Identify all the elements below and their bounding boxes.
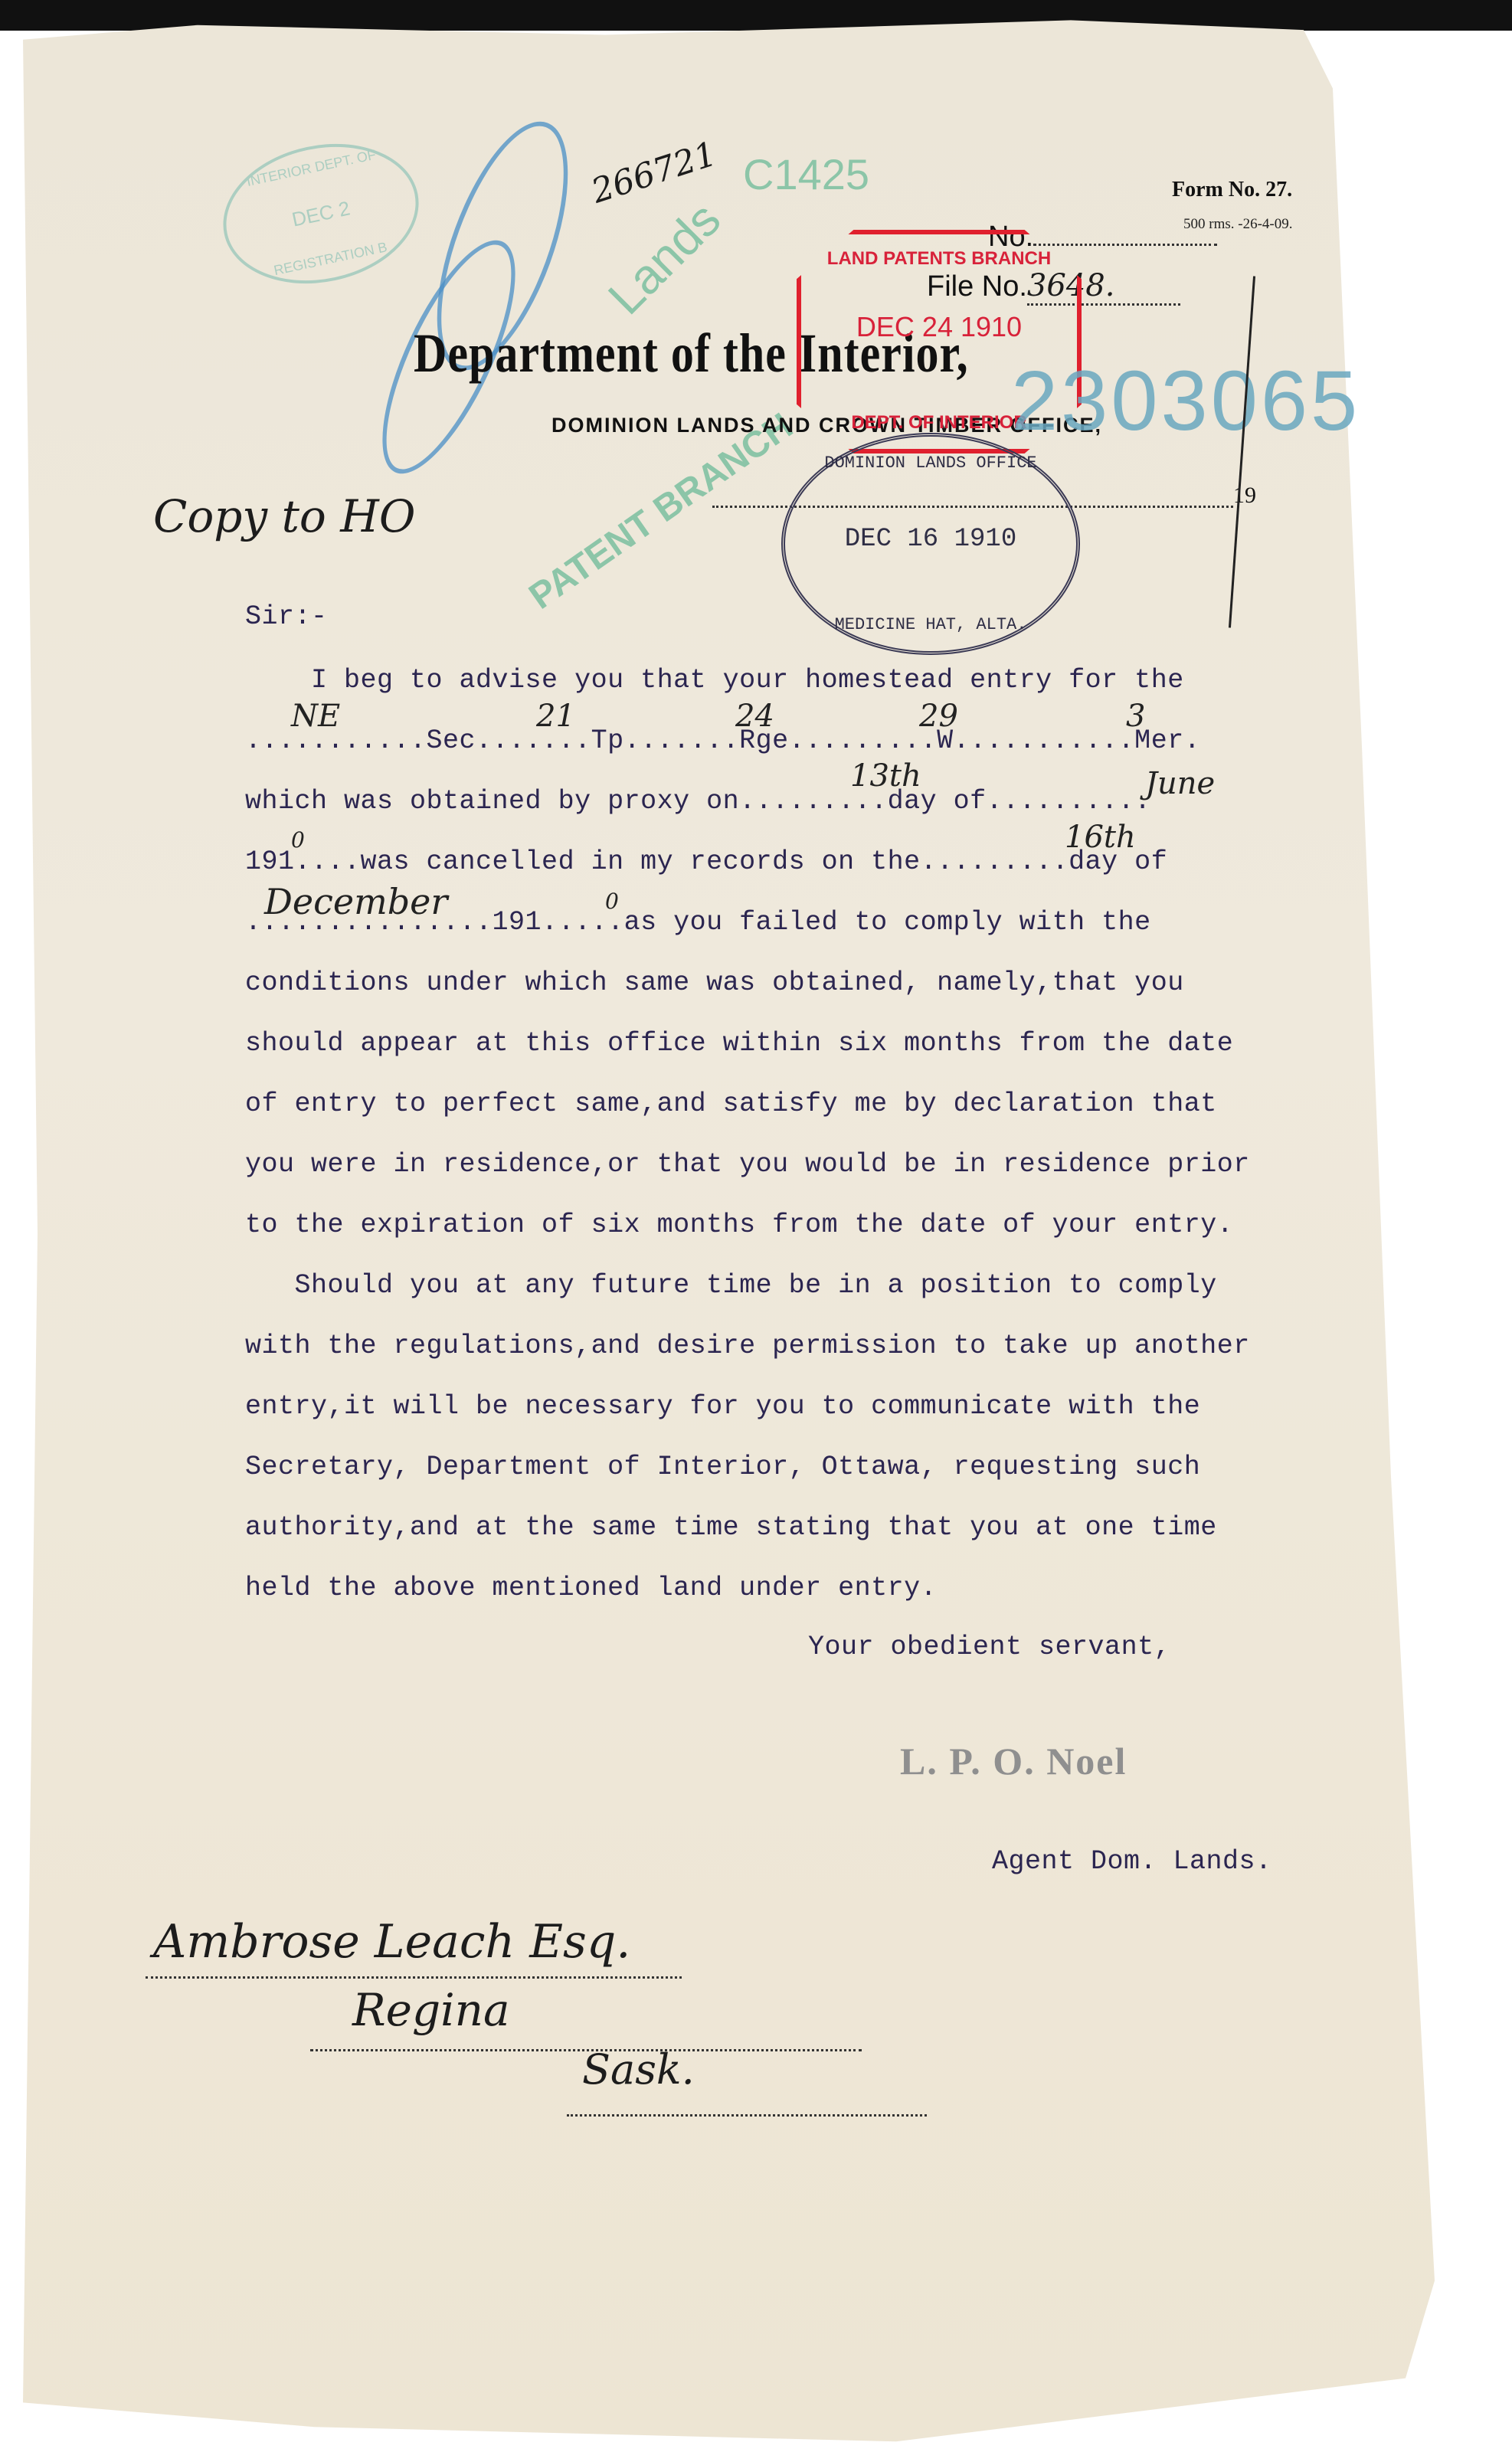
salutation: Sir:- (245, 601, 328, 632)
letter-line: which was obtained by proxy on.........d… (245, 786, 1151, 817)
recipient-city: Regina (352, 1984, 510, 2036)
letter-line: to the expiration of six months from the… (245, 1210, 1233, 1240)
fillin-cancel-year: 0 (605, 889, 619, 914)
signatory-title: Agent Dom. Lands. (992, 1846, 1272, 1877)
dominion-lands-office-stamp: DOMINION LANDS OFFICE DEC 16 1910 MEDICI… (781, 433, 1080, 655)
fillin-entry-month: June (1145, 766, 1215, 801)
no-value (1033, 244, 1217, 246)
letter-line: with the regulations,and desire permissi… (245, 1331, 1250, 1361)
letter-line: ...........Sec.......Tp.......Rge.......… (245, 725, 1200, 756)
fillin-cancel-day: 16th (1065, 820, 1136, 855)
letter-line: Should you at any future time be in a po… (245, 1270, 1217, 1301)
letter-line: authority,and at the same time stating t… (245, 1512, 1217, 1543)
letter-line: held the above mentioned land under entr… (245, 1573, 937, 1603)
recipient-name: Ambrose Leach Esq. (153, 1915, 630, 1969)
letter-line: you were in residence,or that you would … (245, 1149, 1250, 1180)
letter-line: Secretary, Department of Interior, Ottaw… (245, 1452, 1200, 1482)
copy-to-annotation: Copy to HO (153, 490, 415, 542)
fillin-quarter: NE (291, 699, 340, 734)
letter-line: entry,it will be necessary for you to co… (245, 1391, 1200, 1422)
address-line-1 (146, 1976, 682, 1979)
letter-line: of entry to perfect same,and satisfy me … (245, 1089, 1217, 1119)
fillin-cancel-month: December (264, 881, 447, 922)
recipient-province: Sask. (582, 2045, 695, 2094)
blue-file-number-stamp: 2303065 (1011, 352, 1360, 450)
fillin-township: 24 (735, 699, 774, 734)
letter-line: I beg to advise you that your homestead … (245, 665, 1184, 696)
letter-line: 191....was cancelled in my records on th… (245, 846, 1167, 877)
address-block: Ambrose Leach Esq. Regina Sask. (138, 1900, 942, 2130)
fillin-range: 29 (919, 699, 958, 734)
green-number-stamp: C1425 (743, 149, 869, 199)
letter-line: should appear at this office within six … (245, 1028, 1233, 1059)
address-line-3 (567, 2114, 927, 2117)
fillin-west-of: 3 (1126, 699, 1145, 734)
form-number: Form No. 27. (1172, 178, 1292, 202)
letter-line: conditions under which same was obtained… (245, 967, 1184, 998)
fillin-entry-year: 0 (291, 827, 305, 853)
signature-stamp: L. P. O. Noel (900, 1739, 1127, 1783)
closing: Your obedient servant, (808, 1632, 1170, 1662)
fillin-section: 21 (536, 699, 575, 734)
fillin-entry-day: 13th (850, 758, 921, 794)
